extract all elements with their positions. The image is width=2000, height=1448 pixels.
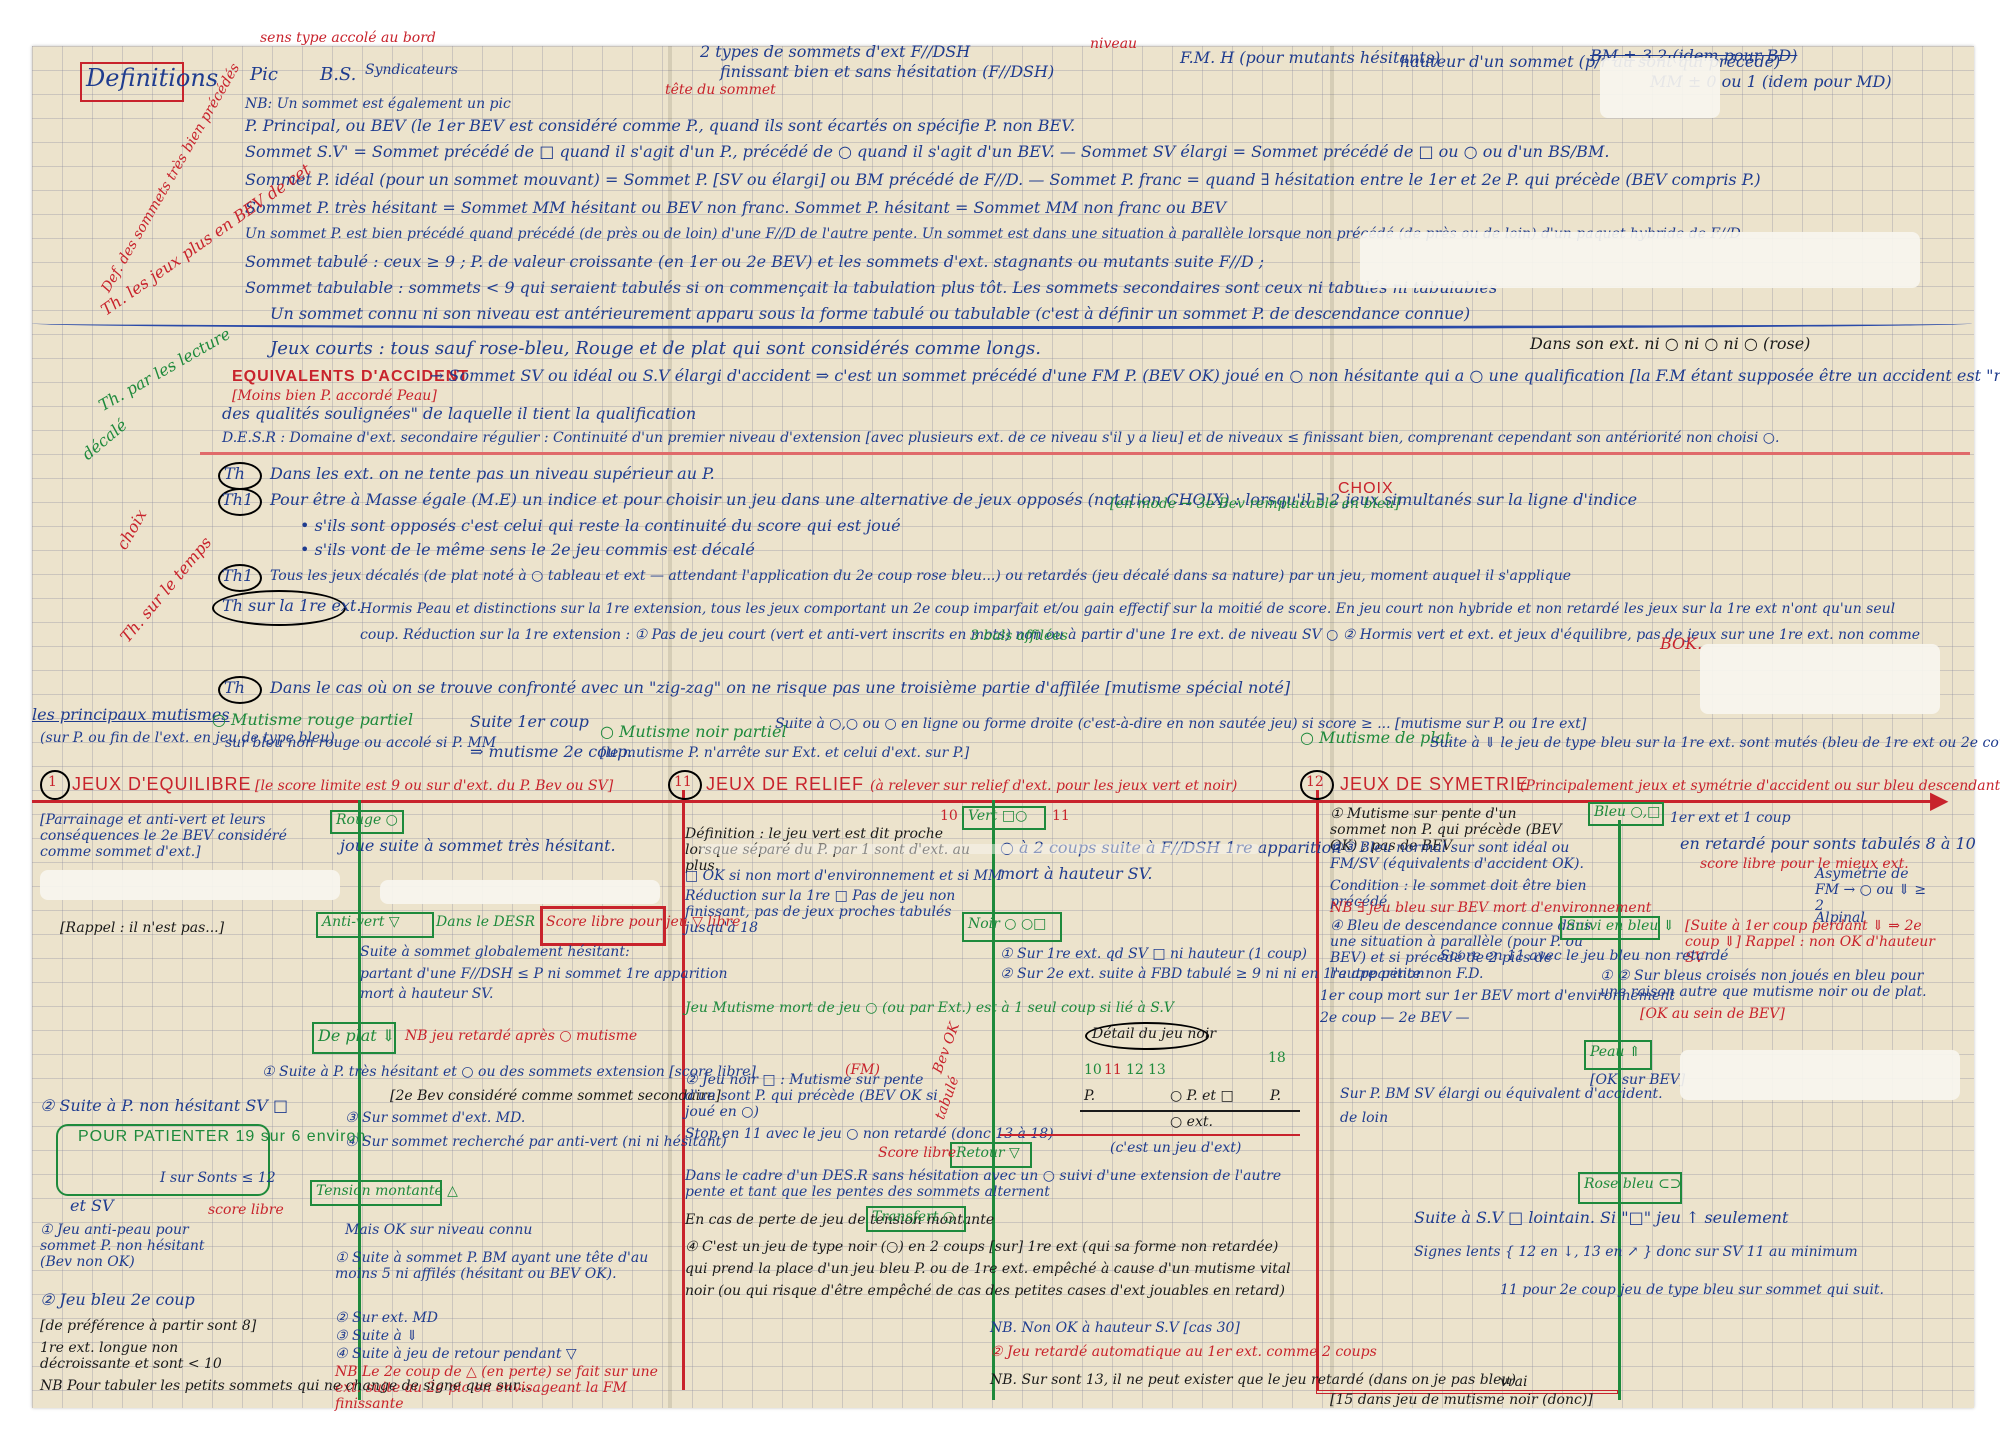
box-note: ① Suite à sommet P. BM ayant une tête d'… (335, 1250, 665, 1282)
diagram-tick: 12 (1126, 1062, 1144, 1078)
column-title-relief: JEUX DE RELIEF (706, 774, 864, 795)
column-subtitle: (Principalement jeux et symétrie d'accid… (1520, 778, 2000, 794)
left-note: ① Jeu anti-peau pour sommet P. non hésit… (40, 1222, 240, 1270)
theorem-text: • s'ils sont opposés c'est celui qui res… (300, 516, 901, 535)
box-label: Retour ▽ (956, 1145, 1020, 1161)
left-note: ② Jeu bleu 2e coup (40, 1290, 195, 1309)
box-note: 2e coup — 2e BEV — (1320, 1010, 1470, 1026)
diagram-axis (1000, 1134, 1300, 1136)
left-note: [Rappel : il n'est pas...] (60, 920, 224, 936)
box-note: Dans le cadre d'un DES.R sans hésitation… (685, 1168, 1315, 1200)
correction-fluid (1600, 58, 1720, 118)
desr-line: D.E.S.R : Domaine d'ext. secondaire régu… (222, 430, 1779, 446)
mutisme-item: ○ Mutisme rouge partiel (212, 710, 413, 729)
column-title-symetrie: JEUX DE SYMETRIE (1340, 774, 1529, 795)
box-note: Stop en 11 avec le jeu ○ non retardé (do… (685, 1126, 1054, 1142)
box-note: [2e Bev considéré comme sommet secondair… (390, 1088, 721, 1104)
correction-fluid (1680, 1050, 1960, 1100)
definition-line: Sommet S.V' = Sommet précédé de □ quand … (245, 142, 1609, 161)
equivalents-text: → Sommet SV ou idéal ou S.V élargi d'acc… (430, 366, 2000, 385)
box-note: Signes lents { 12 en ↓, 13 en ↗ } donc s… (1414, 1244, 1858, 1260)
box-note: NB ∃ jeu bleu sur BEV mort d'environneme… (1330, 900, 1651, 916)
diagram-axis (1080, 1110, 1300, 1112)
box-note: ④ Sur sommet recherché par anti-vert (ni… (345, 1134, 727, 1150)
box-note: NB. Sur sont 13, il ne peut exister que … (990, 1372, 1516, 1388)
left-note: et SV (70, 1196, 114, 1215)
column-subtitle: (à relever sur relief d'ext. pour les je… (870, 778, 1237, 794)
theorem-tag: Th1 (222, 566, 253, 585)
mutisme-detail: [le mutisme P. n'arrête sur Ext. et celu… (600, 745, 969, 761)
left-note: I sur Sonts ≤ 12 (160, 1170, 276, 1186)
left-note: [de préférence à partir sont 8] (40, 1318, 256, 1334)
correction-fluid (380, 880, 660, 904)
box-label: Suivi en bleu ⇓ (1566, 918, 1675, 934)
theorem-tag: Th (224, 678, 245, 697)
box-red-note: NB jeu retardé après ○ mutisme (405, 1028, 637, 1044)
box-note: □ OK si non mort d'environnement et si M… (685, 868, 1002, 884)
wavy-divider (32, 318, 1972, 329)
correction-fluid (40, 870, 340, 900)
column-number: 12 (1306, 774, 1324, 790)
diagram-side-label: (FM) (845, 1062, 880, 1078)
correction-fluid (1700, 644, 1940, 714)
diagram-label: ○ P. et □ (1170, 1088, 1234, 1104)
correction-fluid (700, 844, 1260, 854)
box-label: Rose bleu ⊂⊃ (1584, 1176, 1682, 1192)
definition-line: Sommet P. idéal (pour un sommet mouvant)… (245, 170, 1761, 189)
box-number: 11 (1052, 808, 1070, 824)
box-note: NB. Non OK à hauteur S.V [cas 30] (990, 1320, 1240, 1336)
box-note: ④ Suite à jeu de retour pendant ▽ (335, 1346, 577, 1362)
box-note: [OK au sein de BEV] (1640, 1006, 1785, 1022)
box-note: ② Sur ext. MD (335, 1310, 438, 1326)
diagram-tick: 10 (1084, 1062, 1102, 1078)
box-note: joue suite à sommet très hésitant. (340, 836, 616, 855)
vrai-note: vrai (1500, 1374, 1527, 1390)
box-label: Vert □○ (968, 808, 1027, 824)
box-number: 10 (940, 808, 958, 824)
mutisme-detail: sur bleu non rouge ou accolé si P. MM (225, 735, 496, 751)
box-note: 1er ext et 1 coup (1670, 810, 1791, 826)
box-note: Détail du jeu noir (1092, 1026, 1216, 1042)
definition-line: P. Principal, ou BEV (le 1er BEV est con… (245, 116, 1075, 135)
theorem-text: Dans le cas où on se trouve confronté av… (270, 678, 1290, 697)
niveau-note: niveau (1090, 36, 1137, 52)
mutisme-item: ○ Mutisme noir partiel (600, 722, 787, 741)
box-note: ② Jeu noir □ : Mutisme sur pente d'un so… (685, 1072, 955, 1120)
diagram-label: 18 (1268, 1050, 1286, 1066)
column-number: 1 (48, 774, 57, 790)
mutisme-suite: ⇒ mutisme 2e coup. (470, 742, 632, 761)
correction-fluid (1360, 232, 1920, 288)
column-number: 11 (674, 774, 692, 790)
definition-line: Sommet tabulé : ceux ≥ 9 ; P. de valeur … (245, 252, 1264, 271)
box-label: Transfert ○ (872, 1209, 955, 1225)
mutisme-suite: Suite à ○,○ ou ○ en ligne ou forme droit… (775, 716, 1586, 732)
box-note: de loin (1340, 1110, 1388, 1126)
diagram-label: P. (1084, 1088, 1095, 1104)
definition-line: Sommet P. très hésitant = Sommet MM hési… (245, 198, 1226, 217)
definition-line: NB: Un sommet est également un pic (245, 96, 511, 112)
left-note: NB Pour tabuler les petits sommets qui n… (40, 1378, 531, 1394)
dans-son-ext-note: Dans son ext. ni ○ ni ○ ni ○ (rose) (1530, 334, 1810, 353)
box-label: Anti-vert ▽ (322, 914, 400, 930)
box-note: Jeu Mutisme mort de jeu ○ (ou par Ext.) … (685, 1000, 1174, 1016)
definition-line: Sommet tabulable : sommets < 9 qui serai… (245, 278, 1497, 297)
box-note: Mais OK sur niveau connu (345, 1222, 532, 1238)
box-note: ④ C'est un jeu de type noir (○) en 2 cou… (685, 1236, 1305, 1302)
shape-label-bs: B.S. (320, 64, 356, 85)
column-subtitle: [le score limite est 9 ou sur d'ext. du … (255, 778, 613, 794)
box-label: Peau ⇑ (1590, 1044, 1641, 1060)
en-mode-note: [en mode → 3e Bev remplacable en bleu] (1110, 496, 1400, 512)
box-note: Score en 11 avec le jeu bleu non retardé (1440, 948, 1728, 964)
box-red-note: Score libre (878, 1145, 956, 1161)
box-note: Sur P. BM SV élargi ou équivalent d'acci… (1340, 1086, 1663, 1102)
box-note: 1er coup mort sur 1er BEV mort d'environ… (1320, 988, 1675, 1004)
box-note: 11 pour 2e coup jeu de type bleu sur som… (1500, 1282, 1884, 1298)
box-note: ③ Suite à ⇓ (335, 1328, 418, 1344)
equivalents-subtitle: [Moins bien P. accordé Peau] (232, 388, 437, 404)
column-rule (1316, 790, 1319, 1390)
theorem-text: • s'ils vont de le même sens le 2e jeu c… (300, 540, 755, 559)
left-note: score libre (208, 1202, 284, 1218)
diagram-tick: 11 (1104, 1062, 1122, 1078)
diagram-label: (c'est un jeu d'ext) (1110, 1140, 1241, 1156)
shape-label-syndicateurs: Syndicateurs (365, 62, 458, 78)
definitions-title: Definitions (86, 64, 218, 92)
types-line-2: finissant bien et sans hésitation (F//DS… (720, 62, 1054, 81)
arrow-head-icon: ▶ (1930, 786, 1948, 814)
theorem-text: Pour être à Masse égale (M.E) un indice … (270, 490, 1637, 509)
box-note: ②③ Bleu normal sur sont idéal ou FM/SV (… (1330, 840, 1590, 872)
diagram-label: P. (1270, 1088, 1281, 1104)
shape-label-pic: Pic (250, 64, 278, 85)
theorem-text: Dans les ext. on ne tente pas un niveau … (270, 464, 715, 483)
box-label: Rouge ○ (336, 812, 398, 828)
box-note: ③ Sur sommet d'ext. MD. (345, 1110, 525, 1126)
column-title-equilibre: JEUX D'EQUILIBRE (72, 774, 251, 795)
box-note: Asymétrie de FM → ○ ou ⇓ ≥ 2 (1815, 866, 1935, 914)
mutismes-title: les principaux mutismes (32, 705, 230, 724)
box-label: Tension montante △ (316, 1183, 458, 1199)
box-note: [OK sur BEV] (1590, 1072, 1685, 1088)
box-note: Suite à S.V □ lointain. Si "□" jeu ↑ seu… (1414, 1208, 1788, 1227)
box-aside: Dans le DESR (436, 914, 535, 930)
box-note: ① Sur 1re ext. qd SV □ ni hauteur (1 cou… (1000, 946, 1307, 962)
red-divider (200, 452, 1970, 455)
box-note: ② Jeu retardé automatique au 1er ext. co… (990, 1344, 1377, 1360)
diagram-tick: 13 (1148, 1062, 1166, 1078)
box-note: Réduction sur la 1re □ Pas de jeu non fi… (685, 888, 975, 936)
box-note: mort à hauteur SV. (1000, 864, 1152, 883)
mutisme-suite: Suite 1er coup (470, 712, 589, 731)
shape-label-tete: tête du sommet (665, 82, 776, 98)
top-red-note: sens type accolé au bord (260, 30, 436, 46)
theorem-text: Tous les jeux décalés (de plat noté à ○ … (270, 568, 1571, 584)
left-note: POUR PATIENTER 19 sur 6 environ (78, 1128, 366, 1146)
mutisme-suite: Suite à ⇓ le jeu de type bleu sur la 1re… (1430, 735, 2000, 751)
left-note: [Parrainage et anti-vert et leurs conséq… (40, 812, 310, 860)
types-line-1: 2 types de sommets d'ext F//DSH (700, 42, 970, 61)
box-note: en retardé pour sonts tabulés 8 à 10 (1680, 834, 1976, 853)
qualites-line: des qualités soulignées" de laquelle il … (222, 404, 696, 423)
trois-bals-note: 3 bals affilées (970, 628, 1068, 644)
diagram-label: ○ ext. (1170, 1114, 1213, 1130)
theorem-tag: Th1 (222, 490, 253, 509)
box-note: partant d'une F//DSH ≤ P ni sommet 1re a… (360, 966, 727, 982)
box-note: ① Suite à P. très hésitant et ○ ou des s… (262, 1064, 756, 1080)
left-note: ② Suite à P. non hésitant SV □ (40, 1096, 288, 1115)
left-note: 1re ext. longue non décroissante et sont… (40, 1340, 260, 1372)
bottom-note: [15 dans jeu de mutisme noir (donc)] (1330, 1392, 1593, 1408)
box-label: De plat ⇓ (318, 1026, 395, 1045)
box-label: Noir ○ ○□ (968, 916, 1046, 932)
box-note: mort à hauteur SV. (360, 986, 493, 1002)
green-stem (992, 800, 995, 1400)
bok-note: BOK. (1660, 634, 1702, 653)
box-note: Suite à sommet globalement hésitant: (360, 944, 630, 960)
box-label: Bleu ○,□ (1594, 804, 1660, 820)
theorem-tag: Th (224, 464, 245, 483)
theorem-tag: Th sur la 1re ext. (222, 596, 361, 615)
jeux-courts-line: Jeux courts : tous sauf rose-bleu, Rouge… (270, 338, 1041, 359)
